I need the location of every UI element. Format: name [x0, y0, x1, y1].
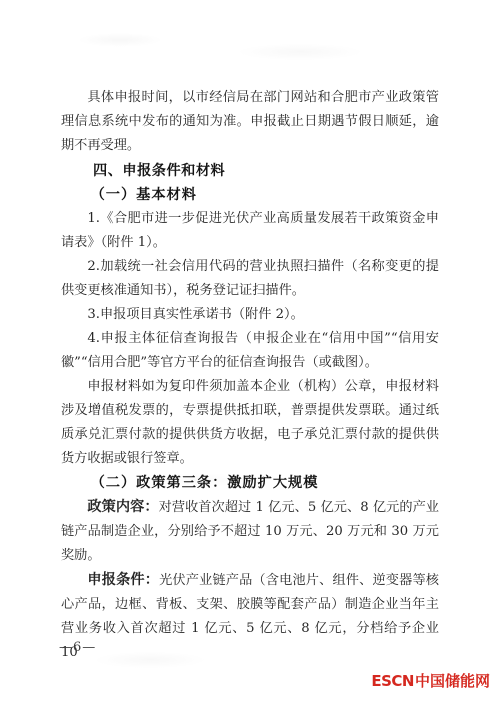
bold-label: 政策内容： [87, 499, 158, 515]
watermark-latin-text: ESCN [371, 672, 414, 690]
para-application-condition: 申报条件：光伏产业链产品（含电池片、组件、逆变器等核心产品，边框、背板、支架、胶… [61, 568, 439, 665]
heading-section-four: 四、申报条件和材料 [61, 158, 439, 183]
heading-basic-materials: （一）基本材料 [61, 183, 439, 207]
text-segment: 4.申报主体征信查询报告（申报企业在“信用中国”“信用安徽”“信用合肥”等官方平… [61, 331, 439, 370]
text-segment: 1.《合肥市进一步促进光伏产业高质量发展若干政策资金申请表》（附件 1）。 [61, 211, 439, 250]
bold-label: （二）政策第三条：激励扩大规模 [91, 475, 319, 491]
document-content: 具体申报时间，以市经信局在部门网站和合肥市产业政策管理信息系统中发布的通知为准。… [61, 86, 439, 665]
para-material-item-2: 2.加载统一社会信用代码的营业执照扫描件（名称变更的提供变更核准通知书），税务登… [61, 255, 439, 303]
para-policy-content: 政策内容：对营收首次超过 1 亿元、5 亿元、8 亿元的产业链产品制造企业，分别… [61, 495, 439, 568]
document-page: 具体申报时间，以市经信局在部门网站和合肥市产业政策管理信息系统中发布的通知为准。… [0, 0, 500, 707]
bold-label: （一）基本材料 [91, 187, 197, 203]
para-material-item-4: 4.申报主体征信查询报告（申报企业在“信用中国”“信用安徽”“信用合肥”等官方平… [61, 327, 439, 375]
bold-label: 四、申报条件和材料 [93, 163, 225, 179]
escn-watermark-logo: ESCN中国储能网 [371, 670, 490, 691]
para-material-item-3: 3.申报项目真实性承诺书（附件 2）。 [61, 303, 439, 327]
para-material-item-1: 1.《合肥市进一步促进光伏产业高质量发展若干政策资金申请表》（附件 1）。 [61, 207, 439, 255]
text-segment: 具体申报时间，以市经信局在部门网站和合肥市产业政策管理信息系统中发布的通知为准。… [61, 90, 439, 153]
watermark-chinese-text: 中国储能网 [415, 672, 490, 690]
text-segment: 3.申报项目真实性承诺书（附件 2）。 [87, 307, 303, 322]
text-segment: 申报材料如为复印件须加盖本企业（机构）公章，申报材料涉及增值税发票的，专票提供抵… [61, 379, 439, 466]
para-application-time: 具体申报时间，以市经信局在部门网站和合肥市产业政策管理信息系统中发布的通知为准。… [61, 86, 439, 158]
para-copy-stamp-note: 申报材料如为复印件须加盖本企业（机构）公章，申报材料涉及增值税发票的，专票提供抵… [61, 375, 439, 471]
page-number: —6— [59, 640, 96, 655]
heading-policy-article-3: （二）政策第三条：激励扩大规模 [61, 471, 439, 495]
text-segment: 2.加载统一社会信用代码的营业执照扫描件（名称变更的提供变更核准通知书），税务登… [61, 259, 439, 298]
bold-label: 申报条件： [87, 572, 159, 588]
